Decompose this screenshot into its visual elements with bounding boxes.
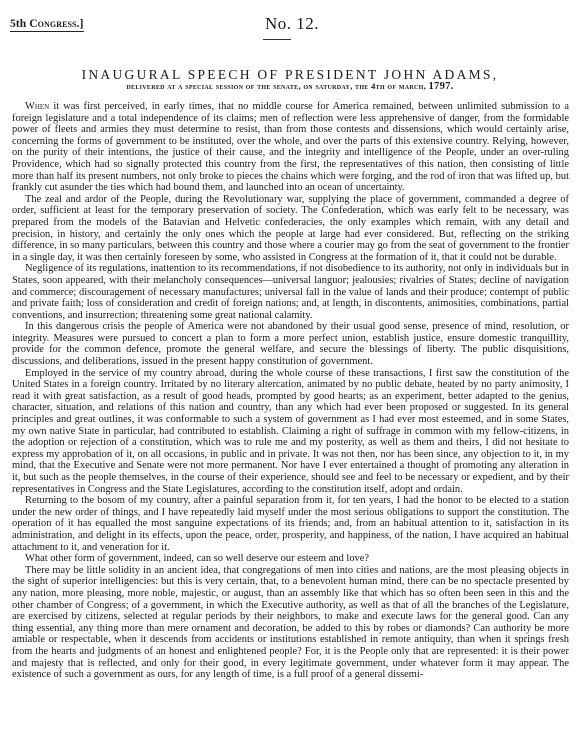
paragraph: What other form of government, indeed, c… [12, 553, 569, 565]
paragraph: The zeal and ardor of the People, during… [12, 194, 569, 264]
paragraph-text: Negligence of its regulations, inattenti… [12, 263, 569, 320]
paragraph-text: Returning to the bosom of my country, af… [12, 495, 569, 552]
congress-label: 5th Congress.] [10, 18, 84, 32]
number-underline-divider [263, 39, 291, 40]
paragraph-text: There may be little solidity in an ancie… [12, 565, 569, 680]
paragraph-text: it was first perceived, in early times, … [12, 101, 569, 193]
subtitle-year: 1797. [428, 81, 453, 92]
paragraph-text: What other form of government, indeed, c… [25, 553, 369, 564]
paragraph: When it was first perceived, in early ti… [12, 101, 569, 194]
paragraph-text: The zeal and ardor of the People, during… [12, 194, 569, 263]
paragraph: Employed in the service of my country ab… [12, 368, 569, 496]
paragraph: Negligence of its regulations, inattenti… [12, 263, 569, 321]
subtitle-text: delivered at a special session of the se… [126, 81, 426, 91]
paragraph-text: In this dangerous crisis the people of A… [12, 321, 569, 367]
congress-number: 5th [10, 18, 26, 30]
speech-body: When it was first perceived, in early ti… [12, 101, 569, 681]
document-subtitle: delivered at a special session of the se… [0, 81, 580, 92]
paragraph: In this dangerous crisis the people of A… [12, 321, 569, 367]
paragraph: There may be little solidity in an ancie… [12, 565, 569, 681]
congress-word: Congress.] [29, 18, 83, 30]
paragraph: Returning to the bosom of my country, af… [12, 495, 569, 553]
document-number: No. 12. [242, 14, 342, 34]
paragraph-text: Employed in the service of my country ab… [12, 368, 569, 495]
paragraph-lead-word: When [25, 101, 49, 112]
document-page: 5th Congress.] No. 12. INAUGURAL SPEECH … [0, 0, 580, 732]
